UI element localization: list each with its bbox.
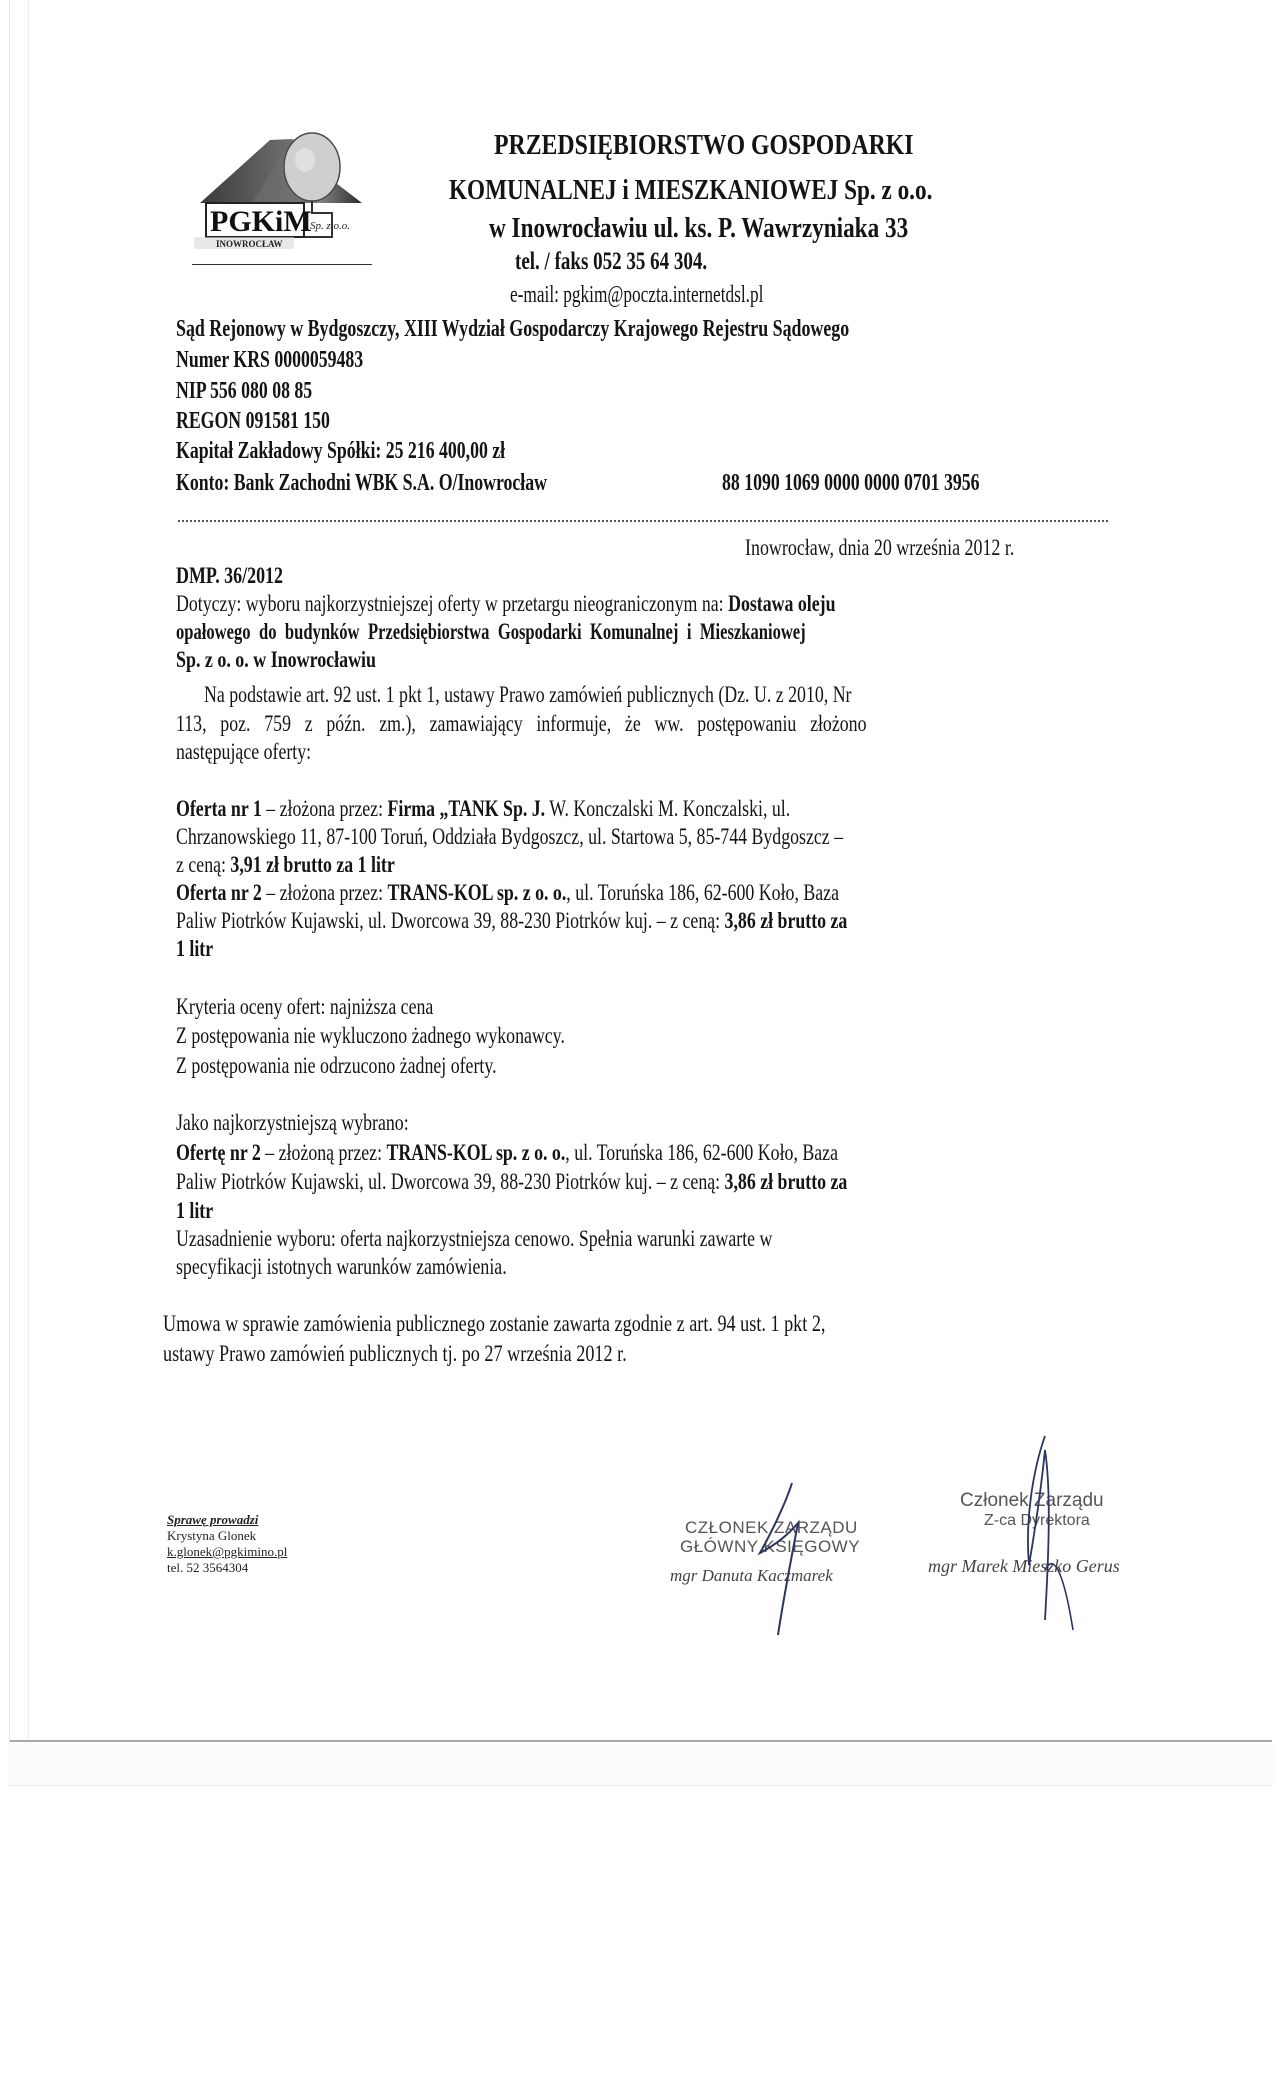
page-bottom-edge — [10, 1740, 1272, 1742]
justification-line-2: specyfikacji istotnych warunków zamówien… — [176, 1254, 603, 1280]
scan-margin — [8, 1743, 1274, 1786]
share-capital: Kapitał Zakładowy Spółki: 25 216 400,00 … — [176, 438, 621, 465]
page-edge — [9, 0, 10, 1785]
nip-number: NIP 556 080 08 85 — [176, 378, 360, 405]
case-handler-phone: tel. 52 3564304 — [167, 1560, 287, 1576]
svg-text:INOWROCŁAW: INOWROCŁAW — [216, 239, 283, 249]
bank-account-label: Konto: Bank Zachodni WBK S.A. O/Inowrocł… — [176, 470, 677, 497]
place-and-date: Inowrocław, dnia 20 września 2012 r. — [745, 535, 1090, 561]
case-handler: Sprawę prowadzi Krystyna Glonek k.glonek… — [167, 1512, 287, 1576]
handwritten-signature-1-icon — [740, 1475, 830, 1645]
house-and-tree-logo-icon: PGKiM Sp. z o.o. INOWROCŁAW — [192, 125, 372, 260]
intro-line-1: Na podstawie art. 92 ust. 1 pkt 1, ustaw… — [204, 682, 1039, 708]
offer-1-line-2: Chrzanowskiego 11, 87-100 Toruń, Oddział… — [176, 824, 1037, 850]
selected-line-1: Ofertę nr 2 – złożoną przez: TRANS-KOL s… — [176, 1140, 1030, 1166]
krs-number: Numer KRS 0000059483 — [176, 347, 429, 374]
subject-line-2: opałowego do budynków Przedsiębiorstwa G… — [176, 619, 1051, 645]
handwritten-signature-2-icon — [1015, 1430, 1095, 1630]
company-phone: tel. / faks 052 35 64 304. — [515, 248, 768, 276]
offer-2-price-end: 1 litr — [176, 936, 224, 962]
offer-1-line-1: Oferta nr 1 – złożona przez: Firma „TANK… — [176, 796, 969, 822]
case-handler-name: Krystyna Glonek — [167, 1528, 287, 1544]
separator-dotted-line — [178, 520, 1108, 522]
no-rejections-note: Z postępowania nie odrzucono żadnej ofer… — [176, 1053, 590, 1079]
company-address: w Inowrocławiu ul. ks. P. Wawrzyniaka 33 — [489, 212, 1013, 245]
selected-heading: Jako najkorzystniejszą wybrano: — [176, 1110, 476, 1136]
company-name-line-1: PRZEDSIĘBIORSTWO GOSPODARKI — [494, 129, 1006, 162]
offer-2-line-1: Oferta nr 2 – złożona przez: TRANS-KOL s… — [176, 880, 1031, 906]
regon-number: REGON 091581 150 — [176, 408, 384, 435]
evaluation-criteria: Kryteria oceny ofert: najniższa cena — [176, 994, 508, 1020]
svg-text:PGKiM: PGKiM — [210, 205, 312, 238]
case-handler-email-link[interactable]: k.glonek@pgkimino.pl — [167, 1544, 287, 1560]
offer-1-price: z ceną: 3,91 zł brutto za 1 litr — [176, 852, 458, 878]
contract-note-line-1: Umowa w sprawie zamówienia publicznego z… — [163, 1311, 1002, 1337]
document-reference: DMP. 36/2012 — [176, 563, 313, 589]
svg-text:Sp. z o.o.: Sp. z o.o. — [310, 220, 350, 232]
company-name-line-2: KOMUNALNEJ i MIESZKANIOWEJ Sp. z o.o. — [449, 174, 1053, 207]
logo-underline — [192, 264, 372, 265]
offer-2-line-2: Paliw Piotrków Kujawski, ul. Dworcowa 39… — [176, 908, 1042, 934]
justification-line-1: Uzasadnienie wyboru: oferta najkorzystni… — [176, 1226, 946, 1252]
case-handler-heading: Sprawę prowadzi — [167, 1512, 287, 1528]
subject-line-3: Sp. z o. o. w Inowrocławiu — [176, 647, 432, 673]
intro-line-2: 113, poz. 759 z późn. zm.), zamawiający … — [176, 711, 1067, 737]
no-exclusions-note: Z postępowania nie wykluczono żadnego wy… — [176, 1023, 678, 1049]
contract-note-line-2: ustawy Prawo zamówień publicznych tj. po… — [163, 1341, 750, 1367]
page-edge — [28, 0, 29, 1742]
selected-line-2: Paliw Piotrków Kujawski, ul. Dworcowa 39… — [176, 1169, 1042, 1195]
intro-line-3: następujące oferty: — [176, 739, 350, 765]
bank-account-number: 88 1090 1069 0000 0000 0701 3956 — [722, 470, 1070, 497]
company-email-link[interactable]: e-mail: pgkim@poczta.internetdsl.pl — [510, 282, 862, 309]
court-registration: Sąd Rejonowy w Bydgoszczy, XIII Wydział … — [176, 316, 1080, 343]
subject-line-1: Dotyczy: wyboru najkorzystniejszej ofert… — [176, 591, 1027, 617]
selected-price-end: 1 litr — [176, 1198, 224, 1224]
